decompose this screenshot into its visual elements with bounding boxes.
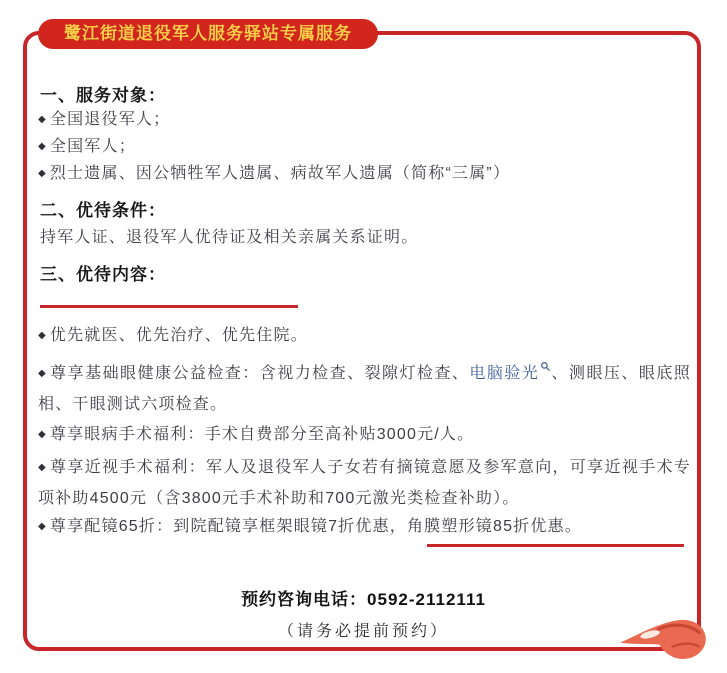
list-item: ◆尊享近视手术福利：军人及退役军人子女若有摘镜意愿及参军意向，可享近视手术专项补…: [38, 452, 691, 514]
diamond-bullet-icon: ◆: [38, 114, 47, 125]
diamond-bullet-icon: ◆: [38, 521, 47, 532]
red-divider-line-right: [427, 544, 684, 547]
list-item: ◆尊享基础眼健康公益检查：含视力检查、裂隙灯检查、电脑验光、测眼压、眼底照相、干…: [38, 352, 691, 420]
benefit-priority: 优先就医、优先治疗、优先住院。: [50, 327, 308, 344]
benefit-glasses: 尊享配镜65折：到院配镜享框架眼镜7折优惠，角膜塑形镜85折优惠。: [50, 518, 582, 535]
diamond-bullet-icon: ◆: [38, 330, 47, 341]
bird-icon: [616, 600, 712, 670]
list-item: ◆尊享眼病手术福利：手术自费部分至高补贴3000元/人。: [38, 419, 691, 450]
service-target-3: 烈士遗属、因公牺牲军人遗属、病故军人遗属（简称“三属”）: [50, 165, 510, 182]
red-divider-line-left: [40, 305, 298, 308]
list-item: ◆烈士遗属、因公牺牲军人遗属、病故军人遗属（简称“三属”）: [38, 158, 691, 189]
section1-heading: 一、服务对象：: [40, 81, 166, 106]
computer-optometry-link[interactable]: 电脑验光: [469, 365, 539, 382]
diamond-bullet-icon: ◆: [38, 368, 47, 379]
diamond-bullet-icon: ◆: [38, 429, 47, 440]
booking-note: （请务必提前预约）: [40, 618, 687, 641]
benefit-surgery: 尊享眼病手术福利：手术自费部分至高补贴3000元/人。: [50, 426, 474, 443]
diamond-bullet-icon: ◆: [38, 168, 47, 179]
conditions-body: 持军人证、退役军人优待证及相关亲属关系证明。: [40, 224, 690, 247]
section2-heading: 二、优待条件：: [40, 196, 166, 221]
benefit-myopia: 尊享近视手术福利：军人及退役军人子女若有摘镜意愿及参军意向，可享近视手术专项补助…: [38, 459, 691, 507]
search-icon[interactable]: [540, 359, 551, 376]
header-badge: 鹭江街道退役军人服务驿站专属服务: [38, 19, 378, 49]
service-target-2: 全国军人；: [50, 138, 136, 155]
diamond-bullet-icon: ◆: [38, 141, 47, 152]
list-item: ◆优先就医、优先治疗、优先住院。: [38, 320, 691, 351]
diamond-bullet-icon: ◆: [38, 462, 47, 473]
benefit-eyecheck-pre: 尊享基础眼健康公益检查：含视力检查、裂隙灯检查、: [50, 365, 469, 382]
section3-heading: 三、优待内容：: [40, 260, 166, 285]
header-badge-label: 鹭江街道退役军人服务驿站专属服务: [64, 24, 352, 43]
list-item: ◆尊享配镜65折：到院配镜享框架眼镜7折优惠，角膜塑形镜85折优惠。: [38, 511, 691, 542]
flyer-page: { "badge": { "label": "鹭江街道退役军人服务驿站专属服务"…: [0, 0, 727, 673]
booking-phone: 预约咨询电话：0592-2112111: [40, 585, 687, 610]
service-target-1: 全国退役军人；: [50, 111, 170, 128]
